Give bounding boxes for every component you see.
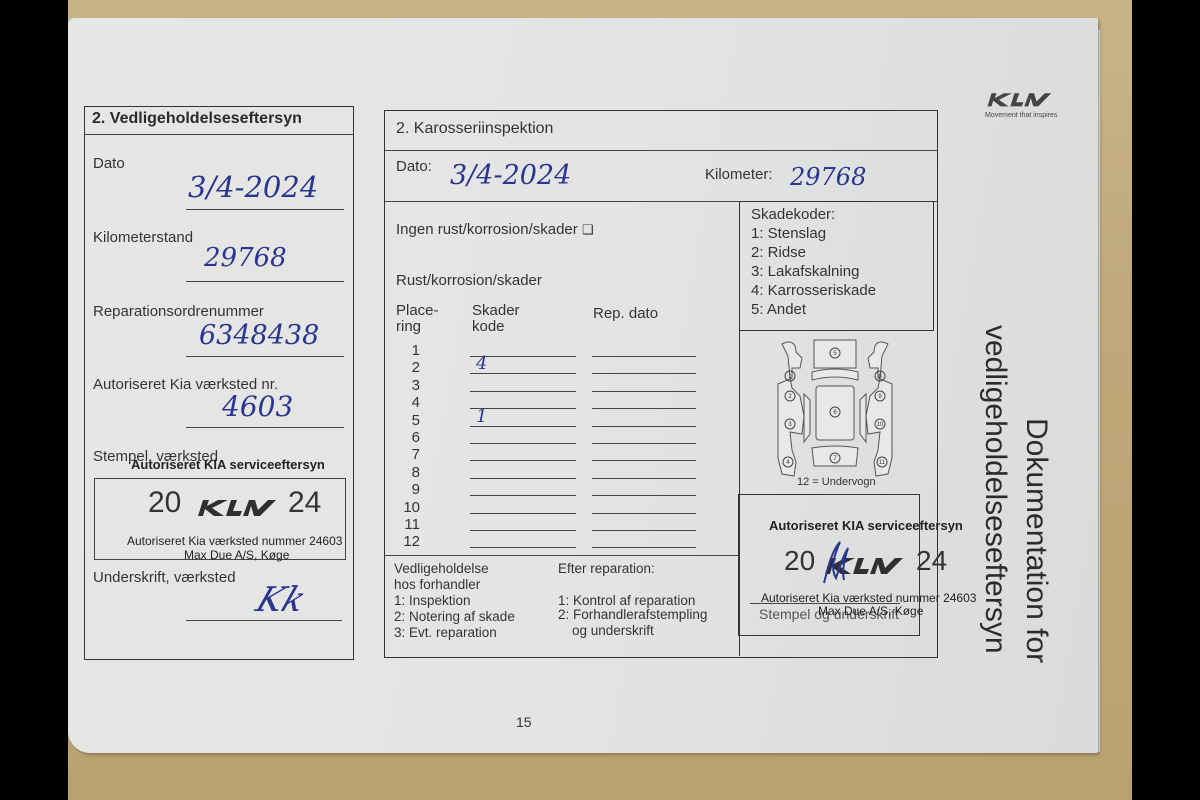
legend-divider [384, 555, 740, 556]
stamp-line1: Autoriseret Kia værksted nummer 24603 [127, 534, 342, 548]
damage-codes-title: Skadekoder: [751, 206, 835, 223]
no-damage-text: Ingen rust/korrosion/skader [396, 221, 578, 238]
right-stamp-year-right: 24 [916, 545, 947, 577]
kia-stamp-logo [198, 496, 280, 518]
repair-date-field[interactable] [592, 530, 696, 531]
field-label-order: Reparationsordrenummer [93, 303, 264, 320]
signature-label: Underskrift, værksted [93, 569, 236, 586]
repair-date-field[interactable] [592, 478, 696, 479]
maintenance-legend-title-2: hos forhandler [394, 577, 480, 592]
side-title-line1: Dokumentation for [1019, 418, 1053, 663]
diagram-caption: 12 = Undervogn [797, 476, 876, 488]
after-repair-item-3: og underskrift [572, 623, 654, 638]
row-number: 10 [396, 499, 420, 516]
field-value-workshop[interactable]: 4603 [222, 390, 293, 423]
damage-code-2: 2: Ridse [751, 244, 806, 261]
row-number: 4 [396, 394, 420, 411]
right-stamp-line2: Max Due A/S, Køge [818, 604, 923, 618]
field-label-date: Dato [93, 155, 125, 172]
row-number: 1 [396, 342, 420, 359]
damage-code-field[interactable] [470, 530, 576, 531]
body-inspection-title: 2. Karosseriinspektion [396, 120, 553, 138]
damage-code-value[interactable]: 1 [476, 406, 487, 427]
maintenance-panel-title: 2. Vedligeholdelseseftersyn [92, 110, 302, 128]
stamp-line2: Max Due A/S, Køge [184, 548, 289, 562]
field-value-date[interactable]: 3/4-2024 [188, 170, 318, 204]
row-number: 12 [396, 533, 420, 550]
damage-code-value[interactable]: 4 [476, 353, 487, 374]
right-stamp-year-left: 20 [784, 545, 815, 577]
damage-code-4: 4: Karrosseriskade [751, 282, 876, 299]
damage-code-1: 1: Stenslag [751, 225, 826, 242]
row-number: 11 [396, 516, 420, 533]
row-number: 2 [396, 359, 420, 376]
maintenance-legend-title-1: Vedligeholdelse [394, 561, 489, 576]
stamp-year-left: 20 [148, 486, 181, 520]
repair-date-field[interactable] [592, 356, 696, 357]
col-placement-2: ring [396, 319, 421, 335]
damage-code-field[interactable] [470, 478, 576, 479]
workshop-underline [186, 427, 344, 428]
field-value-km[interactable]: 29768 [204, 243, 287, 273]
repair-date-field[interactable] [592, 513, 696, 514]
km-underline [186, 281, 344, 282]
maintenance-legend-item-3: 3: Evt. reparation [394, 625, 497, 640]
no-damage-label: Ingen rust/korrosion/skader ❑ [396, 221, 594, 238]
page-number: 15 [516, 714, 532, 730]
order-underline [186, 356, 344, 357]
repair-date-field[interactable] [592, 426, 696, 427]
row-number: 6 [396, 429, 420, 446]
maintenance-legend-item-2: 2: Notering af skade [394, 609, 515, 624]
row-number: 8 [396, 464, 420, 481]
damage-code-field[interactable] [470, 547, 576, 548]
field-label-km: Kilometerstand [93, 229, 193, 246]
damage-code-field[interactable] [470, 460, 576, 461]
maintenance-legend-item-1: 1: Inspektion [394, 593, 471, 608]
brand-tagline: Movement that inspires [985, 112, 1057, 119]
damage-code-field[interactable] [470, 513, 576, 514]
side-title-line2: vedligeholdelseseftersyn [978, 325, 1012, 654]
svg-text:10: 10 [877, 422, 884, 428]
damage-code-field[interactable] [470, 391, 576, 392]
row-number: 5 [396, 412, 420, 429]
date-value[interactable]: 3/4-2024 [450, 160, 571, 191]
no-damage-checkbox[interactable]: ❑ [582, 222, 594, 237]
stamp-year-right: 24 [288, 486, 321, 520]
damage-code-5: 5: Andet [751, 301, 806, 318]
repair-date-field[interactable] [592, 443, 696, 444]
signature-underline [186, 620, 342, 621]
row-number: 3 [396, 377, 420, 394]
repair-date-field[interactable] [592, 391, 696, 392]
repair-date-field[interactable] [592, 547, 696, 548]
repair-date-field[interactable] [592, 408, 696, 409]
field-value-order[interactable]: 6348438 [199, 320, 319, 351]
repair-date-field[interactable] [592, 495, 696, 496]
km-label: Kilometer: [705, 166, 773, 183]
damage-code-field[interactable] [470, 443, 576, 444]
car-body-diagram: 1234 567 891011 [770, 338, 900, 478]
after-repair-item-1: 1: Kontrol af reparation [558, 593, 695, 608]
after-repair-title: Efter reparation: [558, 561, 655, 576]
damage-code-3: 3: Lakafskalning [751, 263, 859, 280]
stamp-title: Autoriseret KIA serviceeftersyn [131, 457, 325, 472]
col-code-1: Skader [472, 303, 520, 319]
date-label: Dato: [396, 158, 432, 175]
row-number: 9 [396, 481, 420, 498]
row-number: 7 [396, 446, 420, 463]
kia-brand-logo [985, 90, 1057, 108]
col-placement-1: Place- [396, 303, 439, 319]
date-underline [186, 209, 344, 210]
repair-date-field[interactable] [592, 373, 696, 374]
km-value[interactable]: 29768 [790, 163, 866, 191]
title-divider [84, 134, 354, 135]
damage-code-field[interactable] [470, 495, 576, 496]
col-repair-date: Rep. dato [593, 305, 658, 322]
right-stamp-signature [814, 538, 854, 588]
svg-text:11: 11 [879, 460, 886, 466]
damage-label: Rust/korrosion/skader [396, 272, 542, 289]
col-code-2: kode [472, 319, 505, 335]
after-repair-item-2: 2: Forhandlerafstempling [558, 607, 707, 622]
repair-date-field[interactable] [592, 460, 696, 461]
right-stamp-title: Autoriseret KIA serviceeftersyn [769, 518, 963, 533]
title-divider [384, 150, 938, 151]
